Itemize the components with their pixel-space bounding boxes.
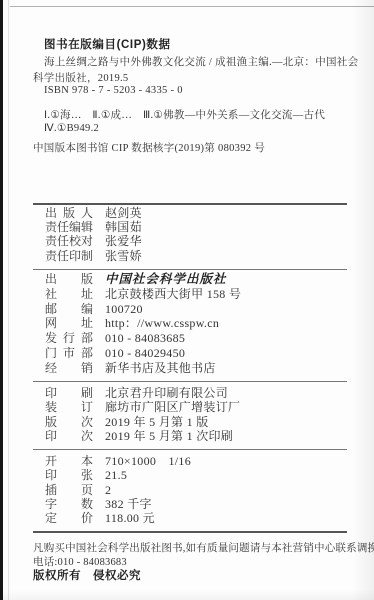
field-value: 710×1000 1/16 (105, 454, 191, 468)
price-value: 118.00 元 (105, 511, 155, 525)
page-edge-line (10, 6, 374, 7)
field-label: 责任印制 (45, 249, 93, 263)
field-row: 印次 2019 年 5 月第 1 次印刷 (33, 429, 240, 443)
publishing-section: 出版 中国社会科学出版社 社址 北京鼓楼西大街甲 158 号 邮编 100720… (33, 272, 241, 376)
field-value: 2019 年 5 月第 1 版 (105, 415, 209, 429)
field-label: 定价 (45, 511, 93, 525)
field-label: 插页 (45, 483, 93, 497)
field-label: 出版人 (45, 206, 93, 220)
field-label: 发行部 (45, 331, 93, 346)
field-label: 印次 (45, 429, 93, 443)
field-row: 插页 2 (33, 483, 191, 497)
field-row: 出版人 赵剑英 (33, 206, 142, 220)
publisher-name-script: 中国社会科学出版社 (105, 272, 227, 286)
field-value: 张爱华 (105, 234, 142, 248)
field-row: 版次 2019 年 5 月第 1 版 (33, 415, 240, 429)
cip-description-line: 海上丝绸之路与中外佛教文化交流 / 成祖渔主编.—北京：中国社会 (33, 54, 358, 69)
divider (33, 449, 347, 450)
copyright-notice: 版权所有 侵权必究 (33, 567, 141, 583)
field-label: 责任编辑 (45, 220, 93, 234)
divider (33, 269, 347, 270)
field-value: 廊坊市广阳区广增装订厂 (105, 400, 240, 414)
phone-number: 010 - 84083685 (105, 331, 185, 345)
field-value: 赵剑英 (105, 206, 142, 220)
field-value: 382 千字 (105, 497, 152, 511)
field-row: 责任编辑 韩国茹 (33, 220, 142, 234)
spine-shadow (0, 0, 3, 600)
phone-number: 010 - 84029450 (105, 346, 185, 360)
format-section: 开本 710×1000 1/16 印张 21.5 插页 2 字数 382 千字 … (33, 454, 191, 525)
field-value: 张雪娇 (105, 249, 142, 263)
cip-header: 图书在版编目(CIP)数据 (44, 36, 171, 52)
field-row: 门市部 010 - 84029450 (33, 346, 241, 361)
field-row: 开本 710×1000 1/16 (33, 454, 191, 468)
field-row: 印刷 北京君升印刷有限公司 (33, 386, 240, 400)
field-label: 社址 (45, 287, 93, 302)
field-label: 责任校对 (45, 234, 93, 248)
field-row: 责任印制 张雪娇 (33, 249, 142, 263)
field-label: 字数 (45, 497, 93, 511)
cip-record-number: 中国版本图书馆 CIP 数据核字(2019)第 080392 号 (33, 140, 265, 155)
field-label: 门市部 (45, 346, 93, 361)
field-value: 北京君升印刷有限公司 (105, 386, 228, 400)
field-value: 韩国茹 (105, 220, 142, 234)
field-label: 印张 (45, 468, 93, 482)
field-row: 字数 382 千字 (33, 497, 191, 511)
isbn: ISBN 978 - 7 - 5203 - 4335 - 0 (33, 85, 183, 96)
field-row: 邮编 100720 (33, 302, 241, 317)
book-copyright-page: 图书在版编目(CIP)数据 海上丝绸之路与中外佛教文化交流 / 成祖渔主编.—北… (0, 0, 374, 600)
field-value: 北京鼓楼西大街甲 158 号 (105, 287, 241, 301)
field-value: 2019 年 5 月第 1 次印刷 (105, 429, 233, 443)
printing-section: 印刷 北京君升印刷有限公司 装订 廊坊市广阳区广增装订厂 版次 2019 年 5… (33, 386, 240, 444)
field-value: 新华书店及其他书店 (105, 361, 216, 375)
field-label: 经销 (45, 361, 93, 376)
field-label: 装订 (45, 400, 93, 414)
field-label: 开本 (45, 454, 93, 468)
scan-edge-shade (352, 0, 374, 600)
field-row: 发行部 010 - 84083685 (33, 331, 241, 346)
page-edge-line (8, 0, 9, 600)
field-row: 定价 118.00 元 (33, 511, 191, 525)
field-value: 21.5 (105, 468, 127, 482)
field-row: 责任校对 张爱华 (33, 234, 142, 248)
field-label: 网址 (45, 316, 93, 331)
classification-line: Ⅳ.①B949.2 (33, 122, 99, 134)
field-row: 印张 21.5 (33, 468, 191, 482)
divider (33, 203, 347, 205)
field-label: 版次 (45, 415, 93, 429)
divider (33, 381, 347, 382)
field-row: 网址 http：//www.csspw.cn (33, 316, 241, 331)
field-label: 印刷 (45, 386, 93, 400)
classification-line: Ⅰ.①海… Ⅱ.①成… Ⅲ.①佛教—中外关系—文化交流—古代 (33, 107, 325, 122)
quality-note-line: 凡购买中国社会科学出版社图书,如有质量问题请与本社营销中心联系调换 (33, 540, 374, 555)
field-row: 经销 新华书店及其他书店 (33, 361, 241, 376)
scan-edge-shade (0, 590, 374, 600)
field-row: 出版 中国社会科学出版社 (33, 272, 241, 287)
field-value: 2 (105, 483, 111, 497)
field-value: 100720 (105, 302, 143, 316)
field-label: 邮编 (45, 302, 93, 317)
field-label: 出版 (45, 272, 93, 287)
website-url: http：//www.csspw.cn (105, 316, 219, 330)
cip-description-line: 科学出版社，2019.5 (33, 70, 128, 85)
divider (33, 531, 347, 533)
field-row: 装订 廊坊市广阳区广增装订厂 (33, 400, 240, 414)
staff-section: 出版人 赵剑英 责任编辑 韩国茹 责任校对 张爱华 责任印制 张雪娇 (33, 206, 142, 263)
field-row: 社址 北京鼓楼西大街甲 158 号 (33, 287, 241, 302)
